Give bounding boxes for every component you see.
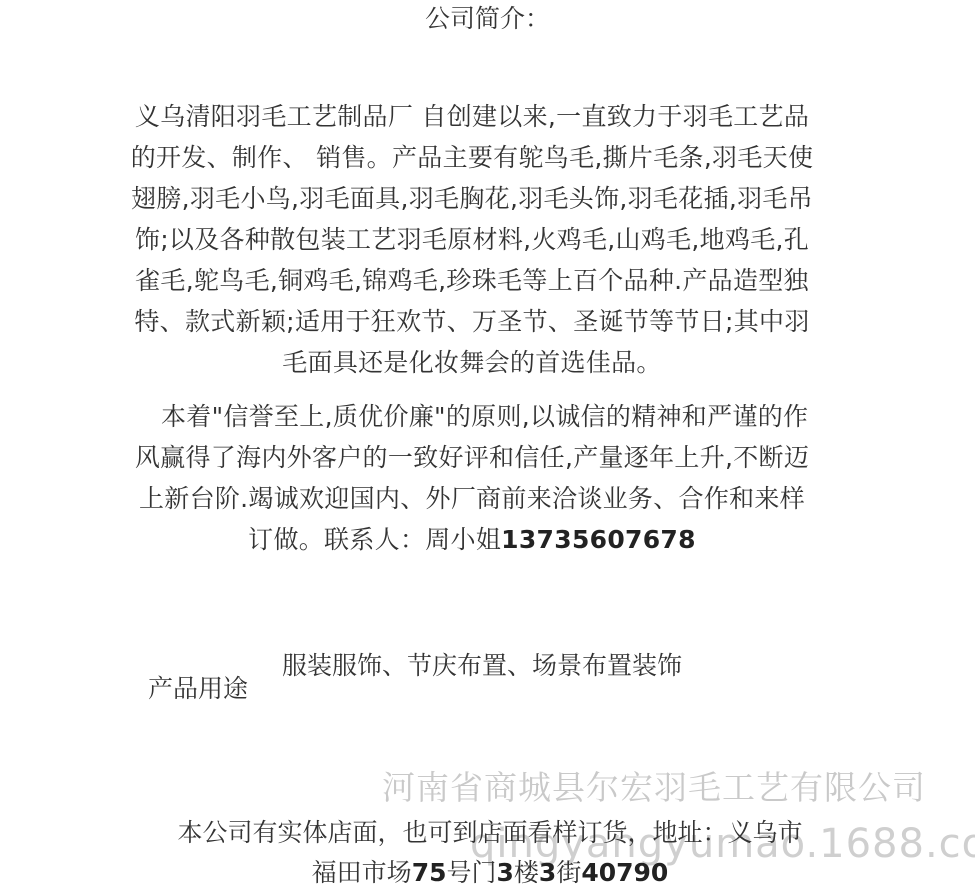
- product-usage-label: 产品用途: [148, 673, 248, 705]
- watermark-company: 河南省商城县尔宏羽毛工艺有限公司: [382, 768, 926, 808]
- philosophy-line: 风赢得了海内外客户的一致好评和信任,产量逐年上升,不断迈: [72, 437, 872, 478]
- intro-line: 毛面具还是化妆舞会的首选佳品。: [72, 342, 872, 383]
- contact-phone: 13735607678: [501, 525, 696, 554]
- intro-line: 的开发、制作、 销售。产品主要有鸵鸟毛,撕片毛条,羽毛天使: [72, 137, 872, 178]
- address-part: 楼: [514, 858, 539, 887]
- address-number: 75: [412, 858, 447, 887]
- intro-line: 雀毛,鸵鸟毛,铜鸡毛,锦鸡毛,珍珠毛等上百个品种.产品造型独: [72, 260, 872, 301]
- address-part: 号门: [446, 858, 496, 887]
- address-number: 3: [497, 858, 514, 887]
- company-intro-paragraph: 义乌清阳羽毛工艺制品厂 自创建以来,一直致力于羽毛工艺品 的开发、制作、 销售。…: [72, 96, 872, 383]
- philosophy-line: 本着"信誉至上,质优价廉"的原则,以诚信的精神和严谨的作: [72, 396, 872, 437]
- product-usage-value: 服装服饰、节庆布置、场景布置装饰: [282, 650, 682, 682]
- address-number: 40790: [581, 858, 668, 887]
- philosophy-paragraph: 本着"信誉至上,质优价廉"的原则,以诚信的精神和严谨的作 风赢得了海内外客户的一…: [72, 396, 872, 560]
- address-part: 福田市场: [312, 858, 412, 887]
- address-part: 街: [556, 858, 581, 887]
- intro-line: 特、款式新颖;适用于狂欢节、万圣节、圣诞节等节日;其中羽: [72, 301, 872, 342]
- philosophy-line: 上新台阶.竭诚欢迎国内、外厂商前来洽谈业务、合作和来样: [72, 478, 872, 519]
- address-line-2: 福田市场75号门3楼3街40790: [100, 852, 880, 888]
- intro-line: 义乌清阳羽毛工艺制品厂 自创建以来,一直致力于羽毛工艺品: [72, 96, 872, 137]
- address-number: 3: [539, 858, 556, 887]
- contact-label: 订做。联系人：周小姐: [248, 525, 501, 554]
- address-line-1: 本公司有实体店面，也可到店面看样订货，地址：义乌市: [100, 812, 880, 854]
- contact-line: 订做。联系人：周小姐13735607678: [72, 519, 872, 560]
- intro-line: 翅膀,羽毛小鸟,羽毛面具,羽毛胸花,羽毛头饰,羽毛花插,羽毛吊: [72, 178, 872, 219]
- intro-line: 饰;以及各种散包装工艺羽毛原材料,火鸡毛,山鸡毛,地鸡毛,孔: [72, 219, 872, 260]
- section-title: 公司简介：: [0, 4, 975, 34]
